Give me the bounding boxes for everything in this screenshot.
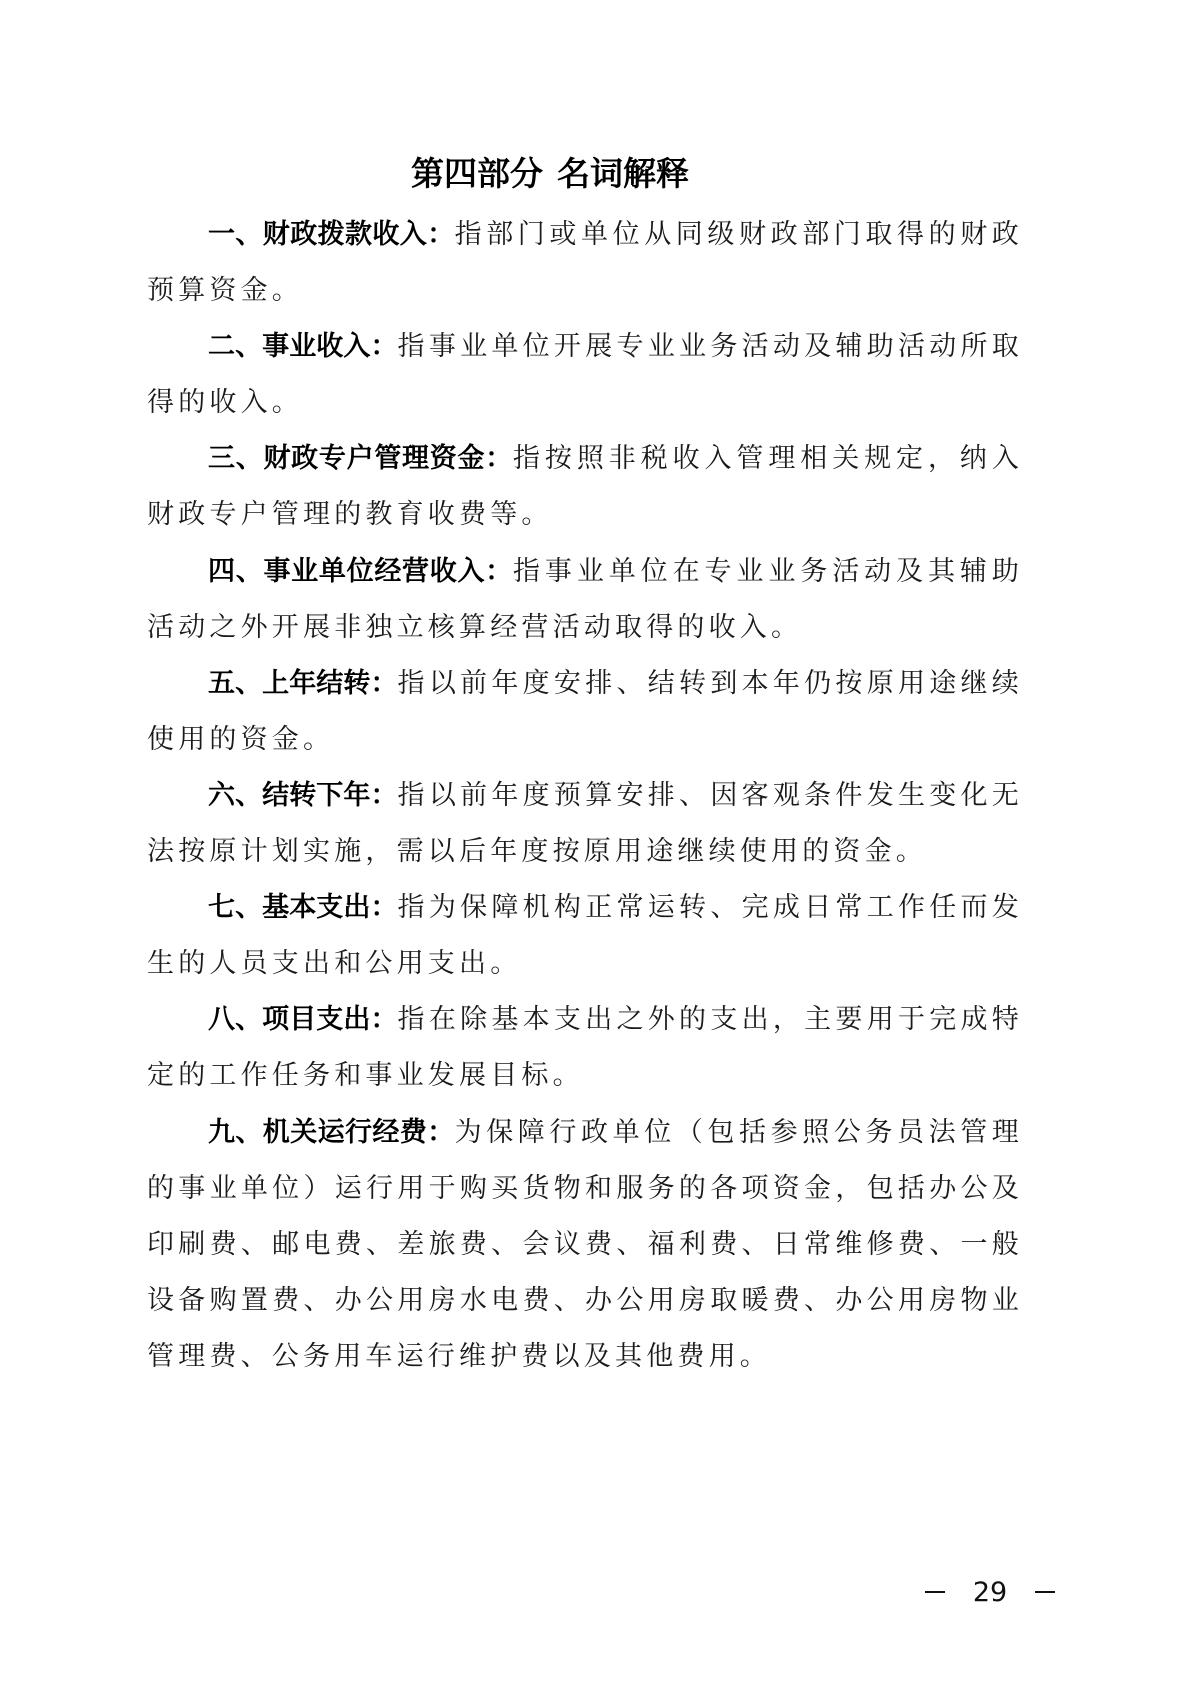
page-number-dash-left bbox=[925, 1591, 945, 1593]
term-colon: ： bbox=[370, 1004, 397, 1035]
term-label: 七、基本支出 bbox=[208, 892, 370, 923]
glossary-term: 七、基本支出：指为保障机构正常运转、完成日常工作任而发生的人员支出和公用支出。 bbox=[147, 880, 1023, 992]
term-label: 六、结转下年 bbox=[208, 780, 370, 811]
glossary-term: 九、机关运行经费：为保障行政单位（包括参照公务员法管理的事业单位）运行用于购买货… bbox=[147, 1105, 1023, 1385]
term-colon: ： bbox=[370, 892, 397, 923]
glossary-term: 三、财政专户管理资金：指按照非税收入管理相关规定，纳入财政专户管理的教育收费等。 bbox=[147, 431, 1023, 543]
term-label: 二、事业收入 bbox=[208, 331, 370, 362]
glossary-term: 四、事业单位经营收入：指事业单位在专业业务活动及其辅助活动之外开展非独立核算经营… bbox=[147, 544, 1023, 656]
term-colon: ： bbox=[485, 443, 513, 474]
glossary-term: 五、上年结转：指以前年度安排、结转到本年仍按原用途继续使用的资金。 bbox=[147, 656, 1023, 768]
term-label: 一、财政拨款收入 bbox=[208, 219, 427, 250]
term-definition: 为保障行政单位（包括参照公务员法管理的事业单位）运行用于购买货物和服务的各项资金… bbox=[147, 1117, 1023, 1372]
term-label: 三、财政专户管理资金 bbox=[208, 443, 485, 474]
term-colon: ： bbox=[370, 780, 397, 811]
glossary-term: 二、事业收入：指事业单位开展专业业务活动及辅助活动所取得的收入。 bbox=[147, 319, 1023, 431]
term-label: 八、项目支出 bbox=[208, 1004, 370, 1035]
title-name: 名词解释 bbox=[557, 154, 689, 193]
glossary-term: 八、项目支出：指在除基本支出之外的支出，主要用于完成特定的工作任务和事业发展目标… bbox=[147, 992, 1023, 1104]
term-colon: ： bbox=[427, 1117, 454, 1148]
term-colon: ： bbox=[427, 219, 454, 250]
term-colon: ： bbox=[370, 331, 397, 362]
term-label: 九、机关运行经费 bbox=[208, 1117, 427, 1148]
glossary-term: 一、财政拨款收入：指部门或单位从同级财政部门取得的财政预算资金。 bbox=[147, 207, 1023, 319]
term-label: 四、事业单位经营收入 bbox=[208, 556, 485, 587]
document-page: 第四部分名词解释 一、财政拨款收入：指部门或单位从同级财政部门取得的财政预算资金… bbox=[0, 0, 1190, 1683]
glossary-term: 六、结转下年：指以前年度预算安排、因客观条件发生变化无法按原计划实施，需以后年度… bbox=[147, 768, 1023, 880]
page-number: 29 bbox=[925, 1576, 1055, 1608]
page-title: 第四部分名词解释 bbox=[0, 152, 1100, 196]
page-number-value: 29 bbox=[973, 1577, 1007, 1608]
glossary-body: 一、财政拨款收入：指部门或单位从同级财政部门取得的财政预算资金。 二、事业收入：… bbox=[147, 207, 1023, 1385]
page-number-dash-right bbox=[1035, 1591, 1055, 1593]
term-colon: ： bbox=[370, 668, 397, 699]
term-label: 五、上年结转 bbox=[208, 668, 370, 699]
title-part: 第四部分 bbox=[411, 154, 543, 193]
term-colon: ： bbox=[485, 556, 513, 587]
